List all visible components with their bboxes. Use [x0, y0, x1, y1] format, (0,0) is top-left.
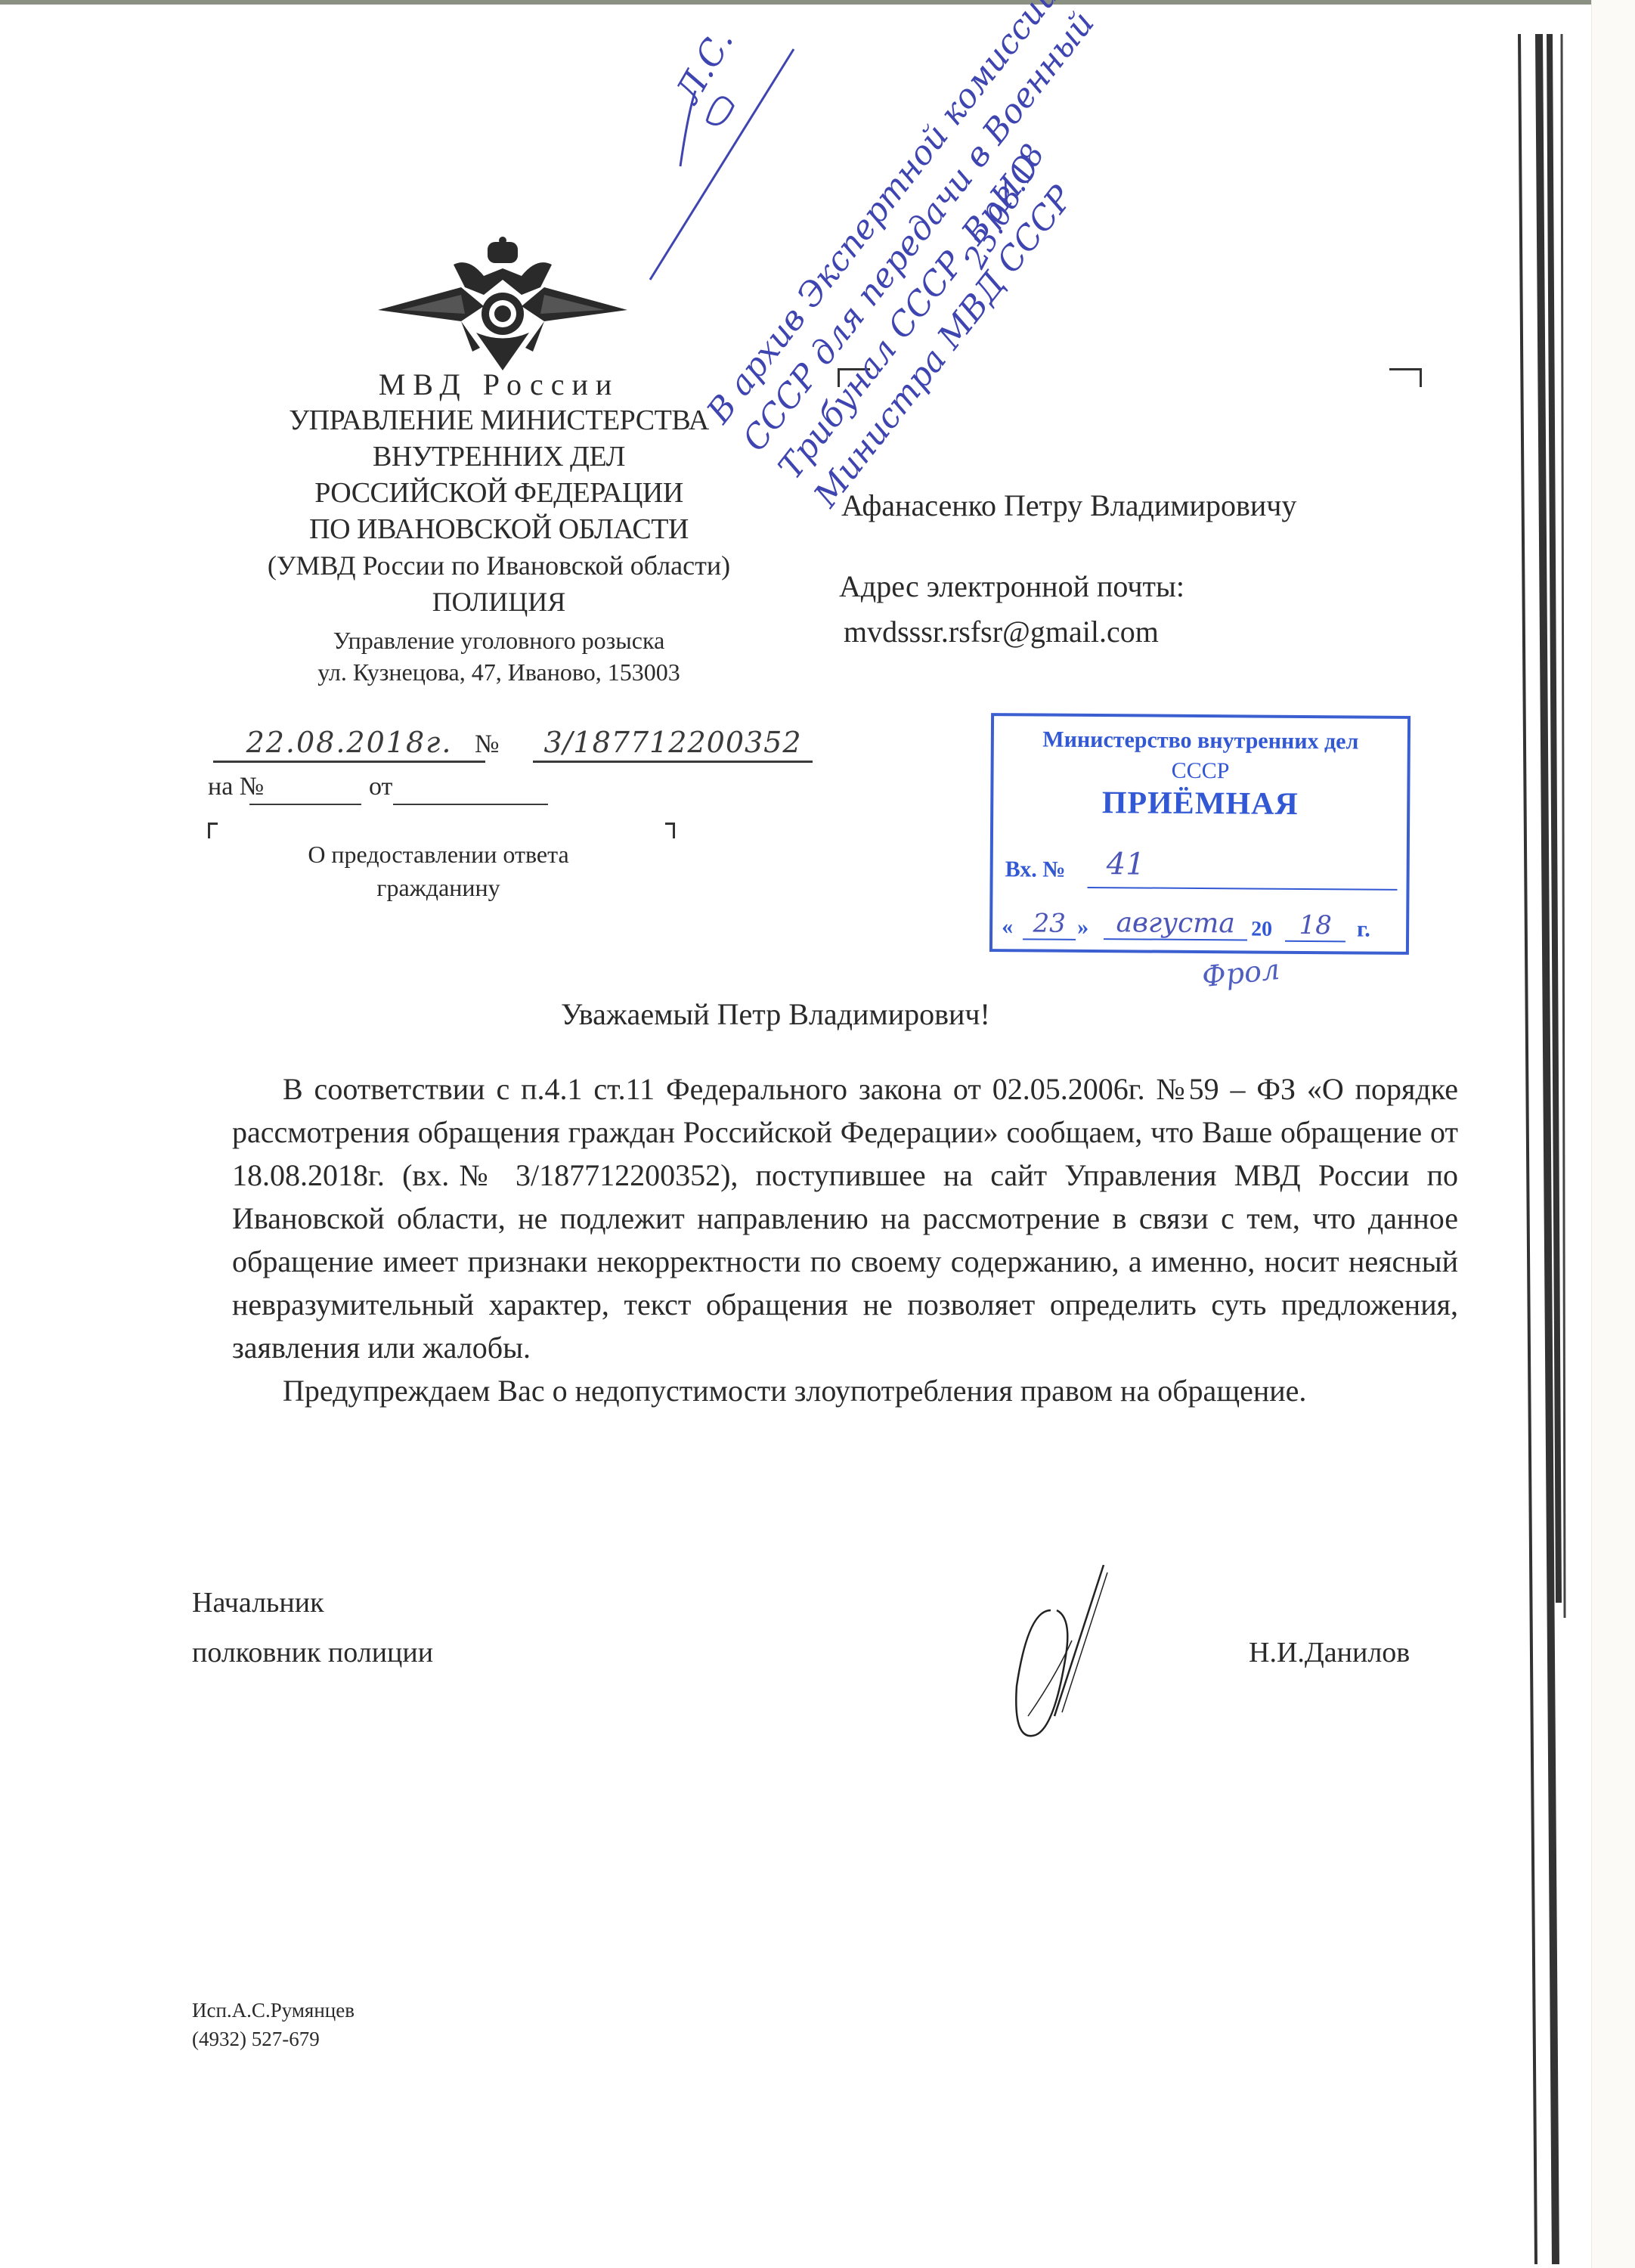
stamp-ministry: Министерство внутренних дел — [994, 727, 1407, 755]
number-label: № — [475, 730, 499, 759]
executor-name: Исп.А.С.Румянцев — [192, 1996, 355, 2025]
handwritten-signature-icon — [983, 1565, 1172, 1746]
reference-number-field — [249, 804, 361, 805]
letterhead-line: (УМВД России по Ивановской области) — [212, 547, 786, 584]
stamp-incoming-label: Вх. № — [1005, 857, 1066, 883]
subject-line: гражданину — [227, 871, 650, 904]
email-label: Адрес электронной почты: — [839, 569, 1184, 604]
incoming-stamp: Министерство внутренних дел СССР ПРИЁМНА… — [989, 713, 1410, 955]
addressee-bracket-right — [1389, 368, 1422, 387]
letterhead-line: ПОЛИЦИЯ — [212, 584, 786, 620]
outgoing-date-handwritten: 22.08.2018г. — [213, 726, 485, 763]
stamp-year: 18 — [1285, 910, 1345, 943]
subject: О предоставлении ответа гражданину — [227, 838, 650, 904]
salutation: Уважаемый Петр Владимирович! — [561, 996, 990, 1032]
reference-date-label: от — [369, 773, 392, 801]
signatory-position: Начальник — [192, 1586, 324, 1619]
executor-phone: (4932) 527-679 — [192, 2025, 355, 2053]
stamp-close-quote: » — [1077, 915, 1088, 940]
body-paragraph: Предупреждаем Вас о недопустимости злоуп… — [232, 1369, 1458, 1412]
stamp-day: 23 — [1023, 908, 1076, 940]
stamp-year-prefix: 20 — [1251, 917, 1272, 941]
reference-number-label: на № — [208, 773, 264, 801]
stamp-year-unit: г. — [1357, 916, 1370, 942]
letterhead-department: Управление уголовного розыска — [212, 624, 786, 656]
signatory-name: Н.И.Данилов — [1249, 1636, 1410, 1669]
stamp-title: ПРИЁМНАЯ — [993, 784, 1407, 823]
executor-block: Исп.А.С.Румянцев (4932) 527-679 — [192, 1996, 355, 2053]
subject-line: О предоставлении ответа — [227, 838, 650, 871]
email-address: mvdsssr.rsfsr@gmail.com — [844, 614, 1159, 649]
letterhead-line: РОССИЙСКОЙ ФЕДЕРАЦИИ — [212, 475, 786, 511]
letterhead-line: ПО ИВАНОВСКОЙ ОБЛАСТИ — [212, 511, 786, 547]
letterhead-line: ВНУТРЕННИХ ДЕЛ — [212, 438, 786, 475]
stamp-incoming-number: 41 — [1107, 847, 1145, 881]
subject-bracket-right — [665, 823, 675, 838]
subject-bracket-left — [208, 823, 218, 838]
stamp-date: « 23 » августа 20 18 г. — [1002, 914, 1402, 917]
addressee-name: Афанасенко Петру Владимировичу — [841, 488, 1296, 523]
stamp-country: СССР — [993, 757, 1407, 785]
stamp-open-quote: « — [1002, 914, 1013, 940]
signatory-rank: полковник полиции — [192, 1636, 433, 1669]
letterhead-address: ул. Кузнецова, 47, Иваново, 153003 — [212, 656, 786, 688]
letter-body: В соответствии с п.4.1 ст.11 Федеральног… — [232, 1067, 1458, 1412]
reference-date-field — [393, 804, 548, 805]
body-paragraph: В соответствии с п.4.1 ст.11 Федеральног… — [232, 1067, 1458, 1369]
outgoing-number-handwritten: 3/187712200352 — [533, 726, 813, 763]
mvd-eagle-emblem-icon — [370, 234, 635, 378]
stamp-incoming-line — [1087, 887, 1397, 891]
stamp-month: августа — [1104, 907, 1247, 940]
